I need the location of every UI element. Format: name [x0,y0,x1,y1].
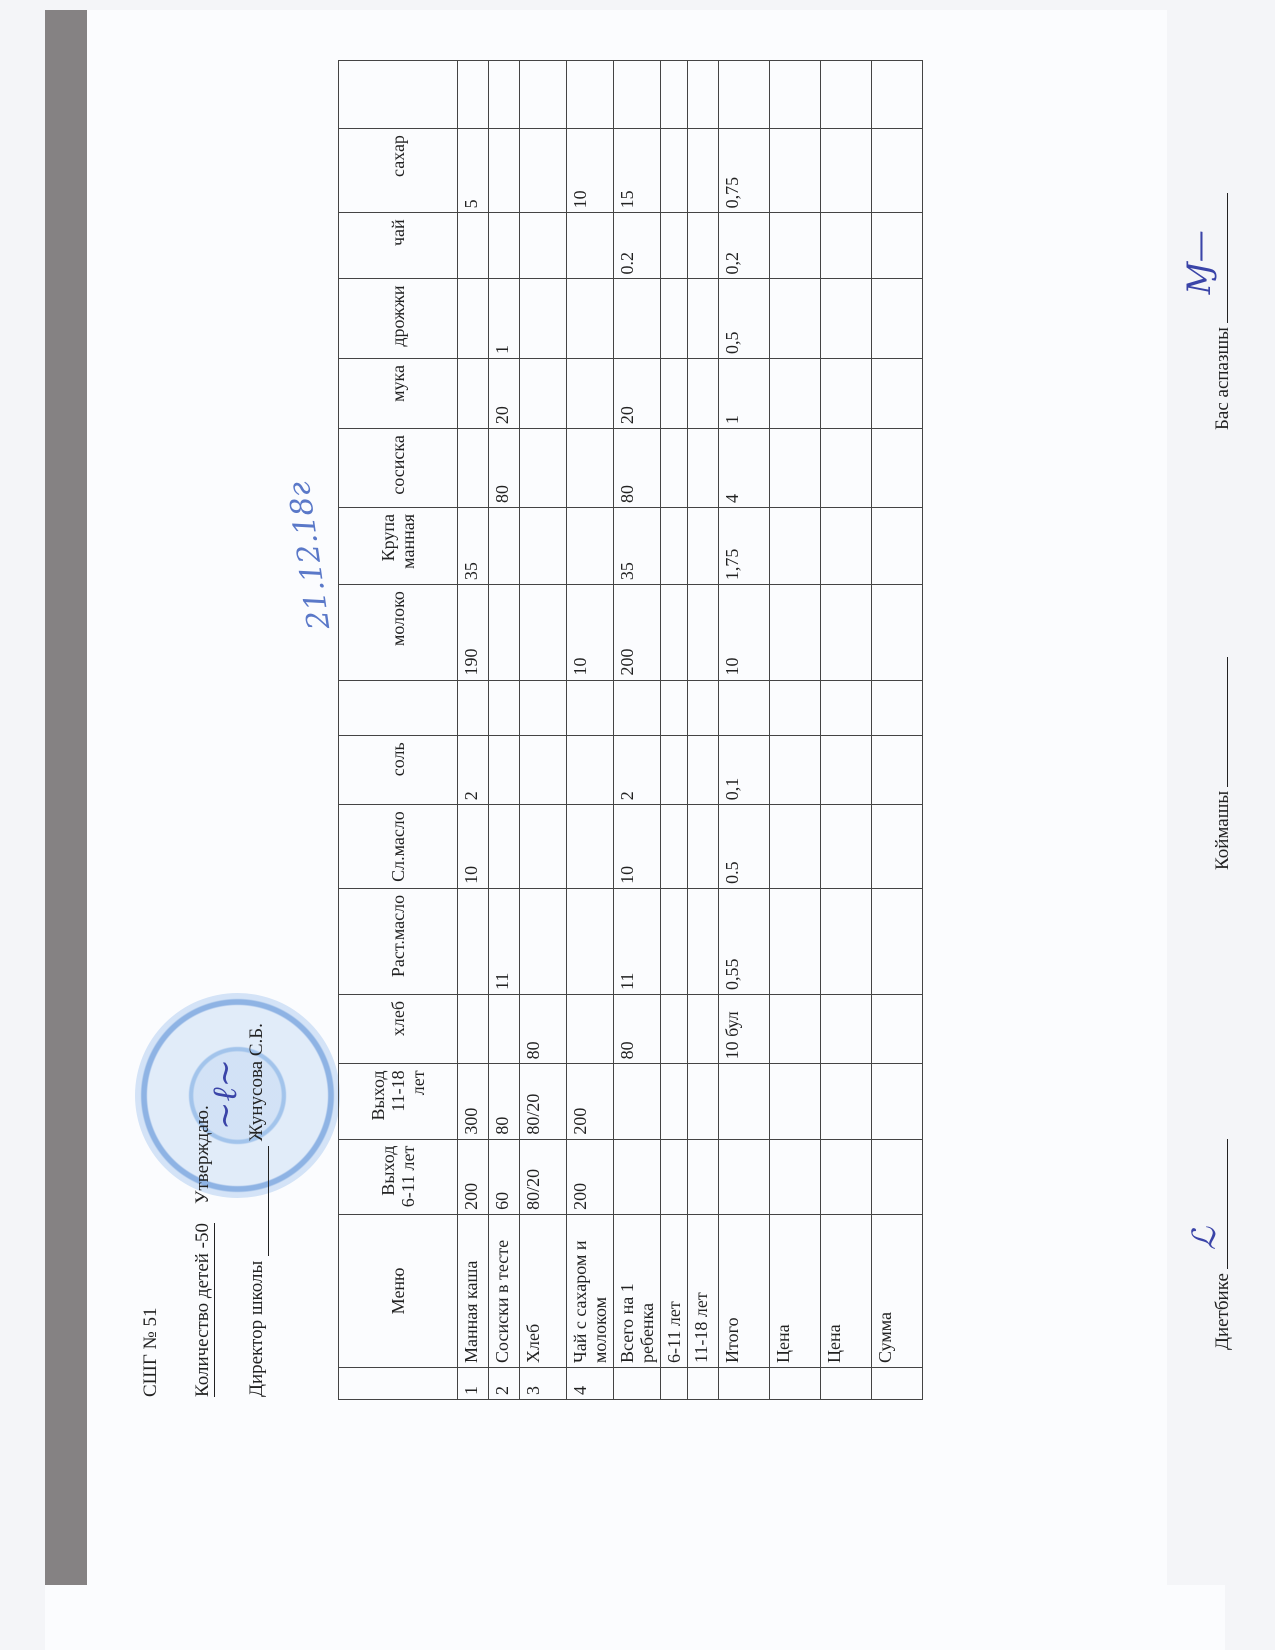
table-cell [661,888,688,994]
table-cell [821,888,872,994]
table-cell: 80 [520,995,567,1064]
column-header [339,680,458,736]
table-cell [520,585,567,680]
table-cell [688,585,719,680]
table-cell [821,279,872,359]
table-cell: 11-18 лет [688,1214,719,1367]
table-cell: 10 [719,585,770,680]
table-cell [688,61,719,129]
table-cell [770,805,821,889]
table-cell [520,359,567,429]
table-cell [821,61,872,129]
storekeeper-signature-line [1227,657,1228,787]
table-row: Итого10 бул0,550.50,1101,75410,50,20,75 [719,61,770,1400]
school-name: СШГ № 51 [140,1308,162,1397]
table-cell [770,680,821,736]
table-cell [770,429,821,508]
table-cell [872,585,923,680]
table-cell [520,736,567,805]
table-cell [872,995,923,1064]
table-cell [770,1367,821,1399]
dietitian-signature-line [1227,1139,1228,1269]
table-cell [821,1064,872,1139]
table-cell [458,61,489,129]
table-cell [688,1139,719,1214]
table-cell [719,680,770,736]
table-cell: Цена [821,1214,872,1367]
table-cell [688,359,719,429]
table-cell: 6-11 лет [661,1214,688,1367]
table-cell [821,585,872,680]
table-cell [872,1139,923,1214]
table-cell [661,213,688,279]
table-cell [489,585,520,680]
table-cell [520,429,567,508]
table-cell: 1,75 [719,508,770,585]
table-cell: 2 [458,736,489,805]
table-body: 1Манная каша2003001021903552Сосиски в те… [458,61,923,1400]
column-header: молоко [339,585,458,680]
column-header: хлеб [339,995,458,1064]
table-cell: Хлеб [520,1214,567,1367]
table-cell: 11 [489,888,520,994]
table-cell: 80 [489,1064,520,1139]
table-cell [688,129,719,213]
table-cell [821,508,872,585]
table-cell [520,508,567,585]
table-cell: 80/20 [520,1064,567,1139]
table-cell: 20 [614,359,661,429]
table-cell [567,888,614,994]
table-cell [821,680,872,736]
handwritten-date: 21.12.18г [282,480,337,632]
table-cell [661,61,688,129]
table-cell [719,1064,770,1139]
table-cell [661,508,688,585]
table-cell [489,508,520,585]
table-cell: 4 [567,1367,614,1399]
head-cook-signature-line [1227,193,1228,323]
table-cell [770,1064,821,1139]
storekeeper-signature: Коймашы [1212,657,1234,870]
table-cell [520,129,567,213]
table-cell [770,508,821,585]
children-count-line: Количество детей -50 Утверждаю. [192,1105,215,1397]
table-cell [520,680,567,736]
table-cell [872,1367,923,1399]
table-cell: 10 [614,805,661,889]
table-cell: 10 [458,805,489,889]
table-cell: 80 [614,995,661,1064]
table-cell [661,680,688,736]
table-cell: Итого [719,1214,770,1367]
table-cell: 1 [458,1367,489,1399]
table-cell: 1 [489,279,520,359]
table-cell [567,279,614,359]
director-signature-line [246,1146,269,1256]
table-cell: 300 [458,1064,489,1139]
table-cell [688,680,719,736]
table-cell [661,995,688,1064]
table-row: 2Сосиски в тесте60801180201 [489,61,520,1400]
table-cell [770,129,821,213]
table-cell: 35 [458,508,489,585]
table-cell [872,680,923,736]
table-cell [661,1064,688,1139]
table-cell [614,279,661,359]
table-cell: 1 [719,359,770,429]
table-cell [688,508,719,585]
table-cell [489,995,520,1064]
table-cell [821,805,872,889]
column-header: Выход 11-18 лет [339,1064,458,1139]
table-cell [688,736,719,805]
column-header: соль [339,736,458,805]
table-cell: 200 [567,1064,614,1139]
table-cell [872,508,923,585]
table-cell [458,888,489,994]
table-cell [821,995,872,1064]
table-cell [688,279,719,359]
table-cell [770,213,821,279]
table-cell [614,1367,661,1399]
column-header [339,1367,458,1399]
director-name: Жунусова С.Б. [246,1023,267,1141]
table-cell [614,1139,661,1214]
table-cell: Сумма [872,1214,923,1367]
director-line: Директор школы Жунусова С.Б. [246,1023,269,1397]
table-cell [567,61,614,129]
table-cell: 10 [567,585,614,680]
column-header: дрожжи [339,279,458,359]
table-cell [719,1367,770,1399]
table-cell: 200 [567,1139,614,1214]
table-cell [821,429,872,508]
table-cell [872,279,923,359]
column-header: Сл.масло [339,805,458,889]
table-row: Сумма [872,61,923,1400]
table-cell [567,213,614,279]
table-cell: 3 [520,1367,567,1399]
table-cell [661,429,688,508]
table-cell [661,585,688,680]
table-cell [458,359,489,429]
storekeeper-label: Коймашы [1212,791,1233,870]
table-cell: 60 [489,1139,520,1214]
table-cell [770,1139,821,1214]
table-cell [770,736,821,805]
table-cell [821,359,872,429]
table-cell [520,213,567,279]
table-cell: Чай с сахаром и молоком [567,1214,614,1367]
table-cell: 0,55 [719,888,770,994]
table-cell [567,680,614,736]
table-cell: 10 бул [719,995,770,1064]
table-cell [661,129,688,213]
table-cell: 11 [614,888,661,994]
column-header: сосиска [339,429,458,508]
table-cell [614,1064,661,1139]
head-cook-signature-icon: Ɱ— [1180,230,1218,295]
table-cell [688,995,719,1064]
table-cell [489,61,520,129]
table-cell: 2 [614,736,661,805]
dietitian-signature-icon: ℒ [1185,1227,1223,1250]
column-header: чай [339,213,458,279]
table-cell [821,736,872,805]
head-cook-label: Бас аспазшы [1212,327,1233,430]
table-cell [489,736,520,805]
table-cell [661,1139,688,1214]
table-cell: Цена [770,1214,821,1367]
table-cell: 190 [458,585,489,680]
director-label: Директор школы [246,1261,267,1397]
table-cell [458,680,489,736]
table-cell [872,805,923,889]
column-header: Крупа манная [339,508,458,585]
table-cell [520,805,567,889]
table-cell [661,805,688,889]
column-header: Раст.масло [339,888,458,994]
table-cell: 35 [614,508,661,585]
table-cell: 20 [489,359,520,429]
column-header [339,61,458,129]
column-header: Меню [339,1214,458,1367]
table-cell [567,805,614,889]
table-cell [520,279,567,359]
table-cell [872,213,923,279]
table-cell: 0,2 [719,213,770,279]
table-cell: 15 [614,129,661,213]
table-cell [567,995,614,1064]
table-row: 3Хлеб80/2080/2080 [520,61,567,1400]
table-cell [688,888,719,994]
table-cell [770,888,821,994]
table-cell [688,805,719,889]
column-header: Выход 6-11 лет [339,1139,458,1214]
table-cell [719,61,770,129]
table-cell: 0,5 [719,279,770,359]
table-cell [770,61,821,129]
table-cell [688,429,719,508]
table-row: Всего на 1 ребенка80111022003580200.215 [614,61,661,1400]
table-cell [458,995,489,1064]
table-cell [688,1064,719,1139]
table-cell [567,359,614,429]
table-cell: 80 [614,429,661,508]
table-cell [872,129,923,213]
children-count: Количество детей -50 [192,1223,215,1397]
table-cell [520,61,567,129]
table-cell [458,429,489,508]
table-cell [661,279,688,359]
table-row: Цена [821,61,872,1400]
table-cell: 80/20 [520,1139,567,1214]
table-cell [872,736,923,805]
table-header-row: МенюВыход 6-11 летВыход 11-18 летхлебРас… [339,61,458,1400]
table-cell [614,61,661,129]
table-cell [770,995,821,1064]
table-cell [872,1064,923,1139]
table-cell: 200 [614,585,661,680]
table-cell [520,888,567,994]
table-cell [614,680,661,736]
table-cell: 10 [567,129,614,213]
table-cell: 0,1 [719,736,770,805]
table-cell [458,279,489,359]
table-cell [872,61,923,129]
table-cell [688,1367,719,1399]
table-cell [567,736,614,805]
table-cell: 5 [458,129,489,213]
table-cell: Всего на 1 ребенка [614,1214,661,1367]
table-cell [821,1367,872,1399]
table-cell [489,129,520,213]
table-cell [489,680,520,736]
table-cell: Сосиски в тесте [489,1214,520,1367]
table-cell [719,1139,770,1214]
column-header: сахар [339,129,458,213]
table-cell: 80 [489,429,520,508]
table-cell: 0.2 [614,213,661,279]
table-cell [661,1367,688,1399]
table-row: 6-11 лет [661,61,688,1400]
table-cell: 200 [458,1139,489,1214]
table-cell: Манная каша [458,1214,489,1367]
table-cell [872,429,923,508]
table-cell: 4 [719,429,770,508]
rotated-page: СШГ № 51 Количество детей -50 Утверждаю.… [0,0,1275,1650]
table-row: 4Чай с сахаром и молоком2002001010 [567,61,614,1400]
column-header: мука [339,359,458,429]
table-cell: 0.5 [719,805,770,889]
table-cell [770,279,821,359]
table-cell [661,736,688,805]
table-cell [688,213,719,279]
table-row: 11-18 лет [688,61,719,1400]
dietitian-label: Диетбике [1212,1273,1233,1350]
table-cell [458,213,489,279]
table-cell [489,213,520,279]
menu-table: МенюВыход 6-11 летВыход 11-18 летхлебРас… [338,60,923,1400]
head-cook-signature: Бас аспазшы [1212,193,1234,430]
table-cell [821,129,872,213]
table-cell: 2 [489,1367,520,1399]
table-cell [567,508,614,585]
table-cell [872,888,923,994]
director-signature-icon: ~ℓ~ [205,1059,245,1130]
table-row: Цена [770,61,821,1400]
table-cell [489,805,520,889]
table-cell [872,359,923,429]
table-cell [770,585,821,680]
table-cell [661,359,688,429]
table-row: 1Манная каша200300102190355 [458,61,489,1400]
table-cell [821,1139,872,1214]
table-cell: 0,75 [719,129,770,213]
table-cell [821,213,872,279]
table-cell [567,429,614,508]
table-cell [770,359,821,429]
